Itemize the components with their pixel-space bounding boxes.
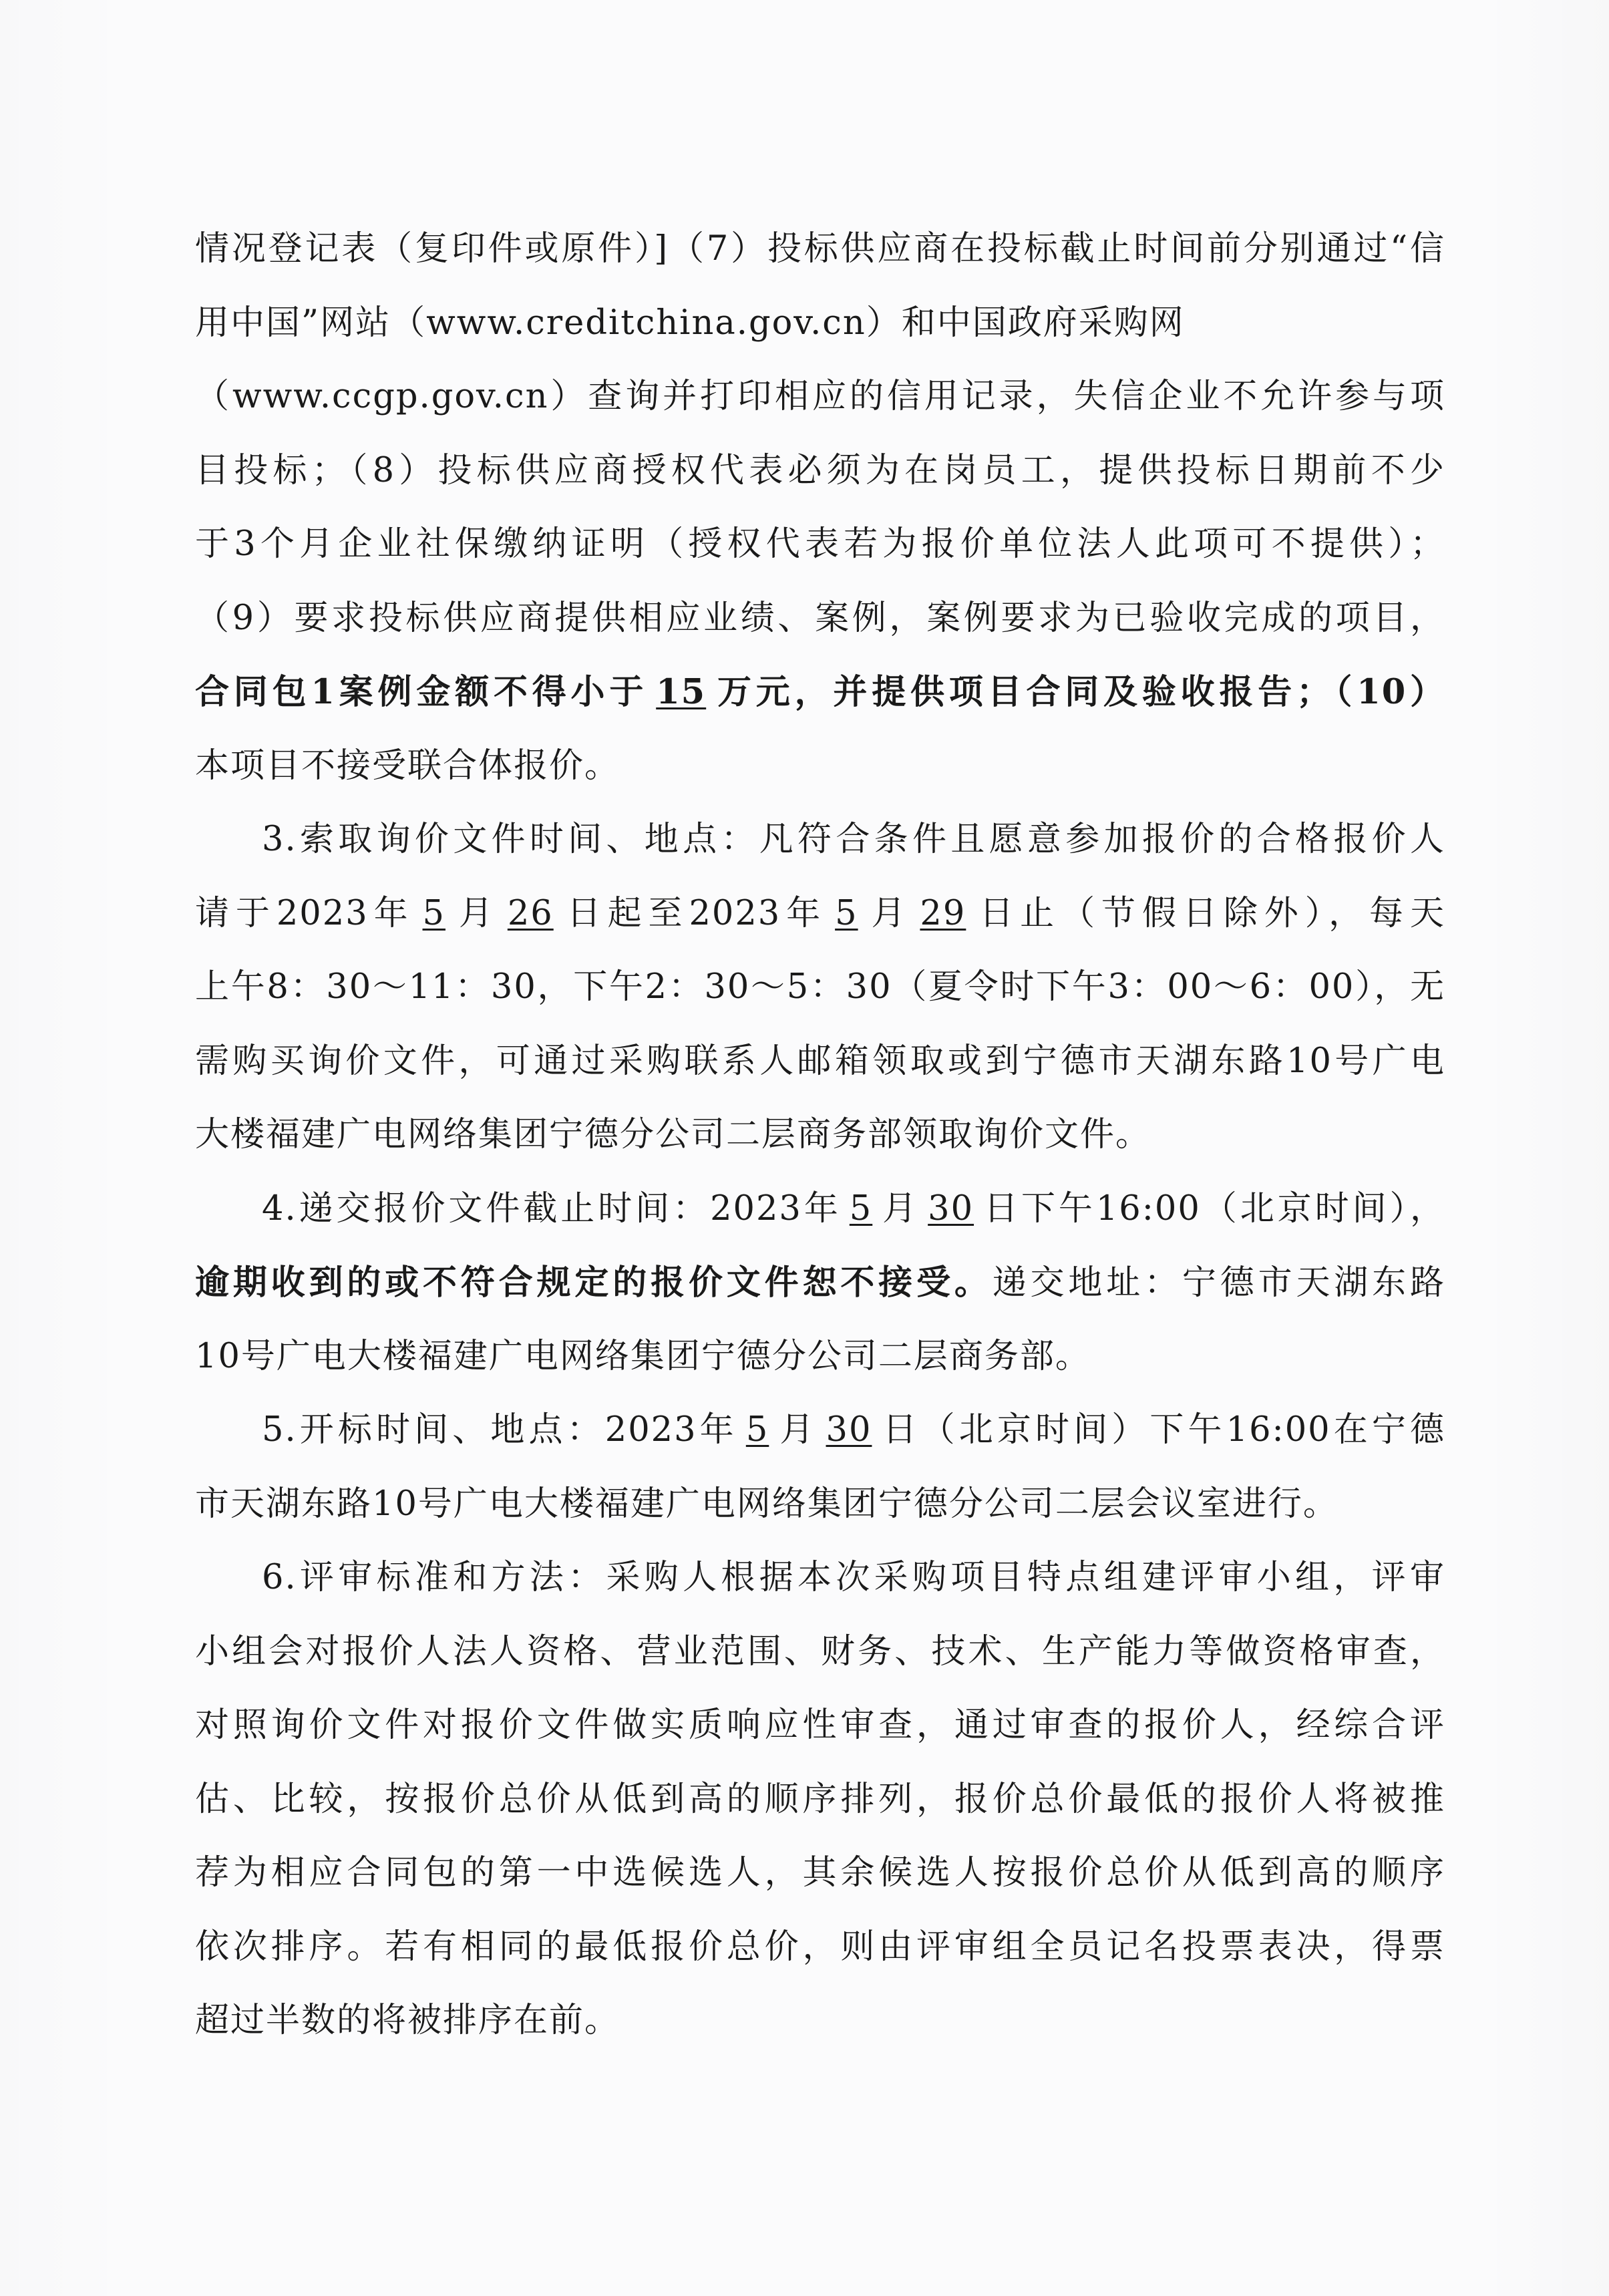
deadline-month: 5 — [842, 1189, 880, 1228]
section-4-deadline-line: 4.递交报价文件截止时间：2023年5月30日下午16:00（北京时间）， — [195, 1172, 1445, 1247]
section-5-opening-line: 5.开标时间、地点：2023年5月30日（北京时间）下午16:00在宁德 — [195, 1393, 1445, 1468]
text-line: （9）要求投标供应商提供相应业绩、案例，案例要求为已验收完成的项目， — [195, 582, 1445, 656]
text-line: 需购买询价文件，可通过采购联系人邮箱领取或到宁德市天湖东路10号广电 — [195, 1025, 1445, 1099]
text-fragment: 4.递交报价文件截止时间：2023年 — [262, 1189, 842, 1228]
text-line: 逾期收到的或不符合规定的报价文件恕不接受。递交地址：宁德市天湖东路 — [195, 1246, 1445, 1320]
opening-day: 30 — [818, 1410, 880, 1450]
start-day: 26 — [500, 894, 562, 933]
text-fragment: 月 — [880, 1189, 920, 1228]
text-fragment: 日止（节假日除外），每天 — [974, 894, 1445, 933]
text-fragment: 日下午16:00（北京时间）， — [982, 1189, 1445, 1228]
text-fragment: 月 — [454, 894, 500, 933]
end-day: 29 — [912, 894, 974, 933]
text-fragment: 月 — [777, 1410, 818, 1450]
text-fragment: 合同包1案例金额不得小于 — [195, 672, 648, 712]
start-month: 5 — [415, 894, 454, 933]
scanned-page: 情况登记表（复印件或原件）]（7）投标供应商在投标截止时间前分别通过“信 用中国… — [0, 0, 1609, 2296]
text-line: 市天湖东路10号广电大楼福建广电网络集团宁德分公司二层会议室进行。 — [195, 1468, 1445, 1542]
text-line: 荐为相应合同包的第一中选候选人，其余候选人按报价总价从低到高的顺序 — [195, 1836, 1445, 1911]
text-fragment: 递交地址：宁德市天湖东路 — [993, 1263, 1445, 1303]
document-body: 情况登记表（复印件或原件）]（7）投标供应商在投标截止时间前分别通过“信 用中国… — [195, 212, 1445, 2058]
text-fragment: 日（北京时间）下午16:00在宁德 — [880, 1410, 1445, 1450]
text-line: 用中国”网站（www.creditchina.gov.cn）和中国政府采购网 — [195, 287, 1445, 361]
section-6-heading-line: 6.评审标准和方法：采购人根据本次采购项目特点组建评审小组，评审 — [195, 1541, 1445, 1615]
text-line: 超过半数的将被排序在前。 — [195, 1984, 1445, 2058]
text-line: 对照询价文件对报价文件做实质响应性审查，通过审查的报价人，经综合评 — [195, 1689, 1445, 1763]
case-amount-value: 15 — [648, 672, 714, 712]
text-line-case-amount: 合同包1案例金额不得小于15万元，并提供项目合同及验收报告；（10） — [195, 655, 1445, 729]
late-submission-warning: 逾期收到的或不符合规定的报价文件恕不接受。 — [195, 1263, 993, 1303]
text-line: 本项目不接受联合体报价。 — [195, 729, 1445, 804]
text-line: 大楼福建广电网络集团宁德分公司二层商务部领取询价文件。 — [195, 1098, 1445, 1172]
text-line: 小组会对报价人法人资格、营业范围、财务、技术、生产能力等做资格审查， — [195, 1615, 1445, 1689]
section-3-date-line: 请于2023年5月26日起至2023年5月29日止（节假日除外），每天 — [195, 877, 1445, 951]
text-fragment: 日起至2023年 — [562, 894, 827, 933]
text-line: 情况登记表（复印件或原件）]（7）投标供应商在投标截止时间前分别通过“信 — [195, 212, 1445, 287]
opening-month: 5 — [738, 1410, 777, 1450]
section-3-heading-line: 3.索取询价文件时间、地点：凡符合条件且愿意参加报价的合格报价人 — [195, 803, 1445, 877]
text-fragment: 万元，并提供项目合同及验收报告；（10） — [714, 672, 1445, 712]
text-fragment: 请于2023年 — [195, 894, 415, 933]
text-line: 依次排序。若有相同的最低报价总价，则由评审组全员记名投票表决，得票 — [195, 1911, 1445, 1985]
text-line: 目投标；（8）投标供应商授权代表必须为在岗员工，提供投标日期前不少 — [195, 434, 1445, 508]
text-line: （www.ccgp.gov.cn）查询并打印相应的信用记录，失信企业不允许参与项 — [195, 360, 1445, 434]
text-line: 上午8：30～11：30，下午2：30～5：30（夏令时下午3：00～6：00）… — [195, 951, 1445, 1025]
end-month: 5 — [827, 894, 866, 933]
text-fragment: 5.开标时间、地点：2023年 — [262, 1410, 738, 1450]
text-line: 估、比较，按报价总价从低到高的顺序排列，报价总价最低的报价人将被推 — [195, 1763, 1445, 1837]
text-line: 于3个月企业社保缴纳证明（授权代表若为报价单位法人此项可不提供）； — [195, 508, 1445, 582]
text-fragment: 月 — [866, 894, 912, 933]
deadline-day: 30 — [920, 1189, 982, 1228]
text-line: 10号广电大楼福建广电网络集团宁德分公司二层商务部。 — [195, 1320, 1445, 1394]
